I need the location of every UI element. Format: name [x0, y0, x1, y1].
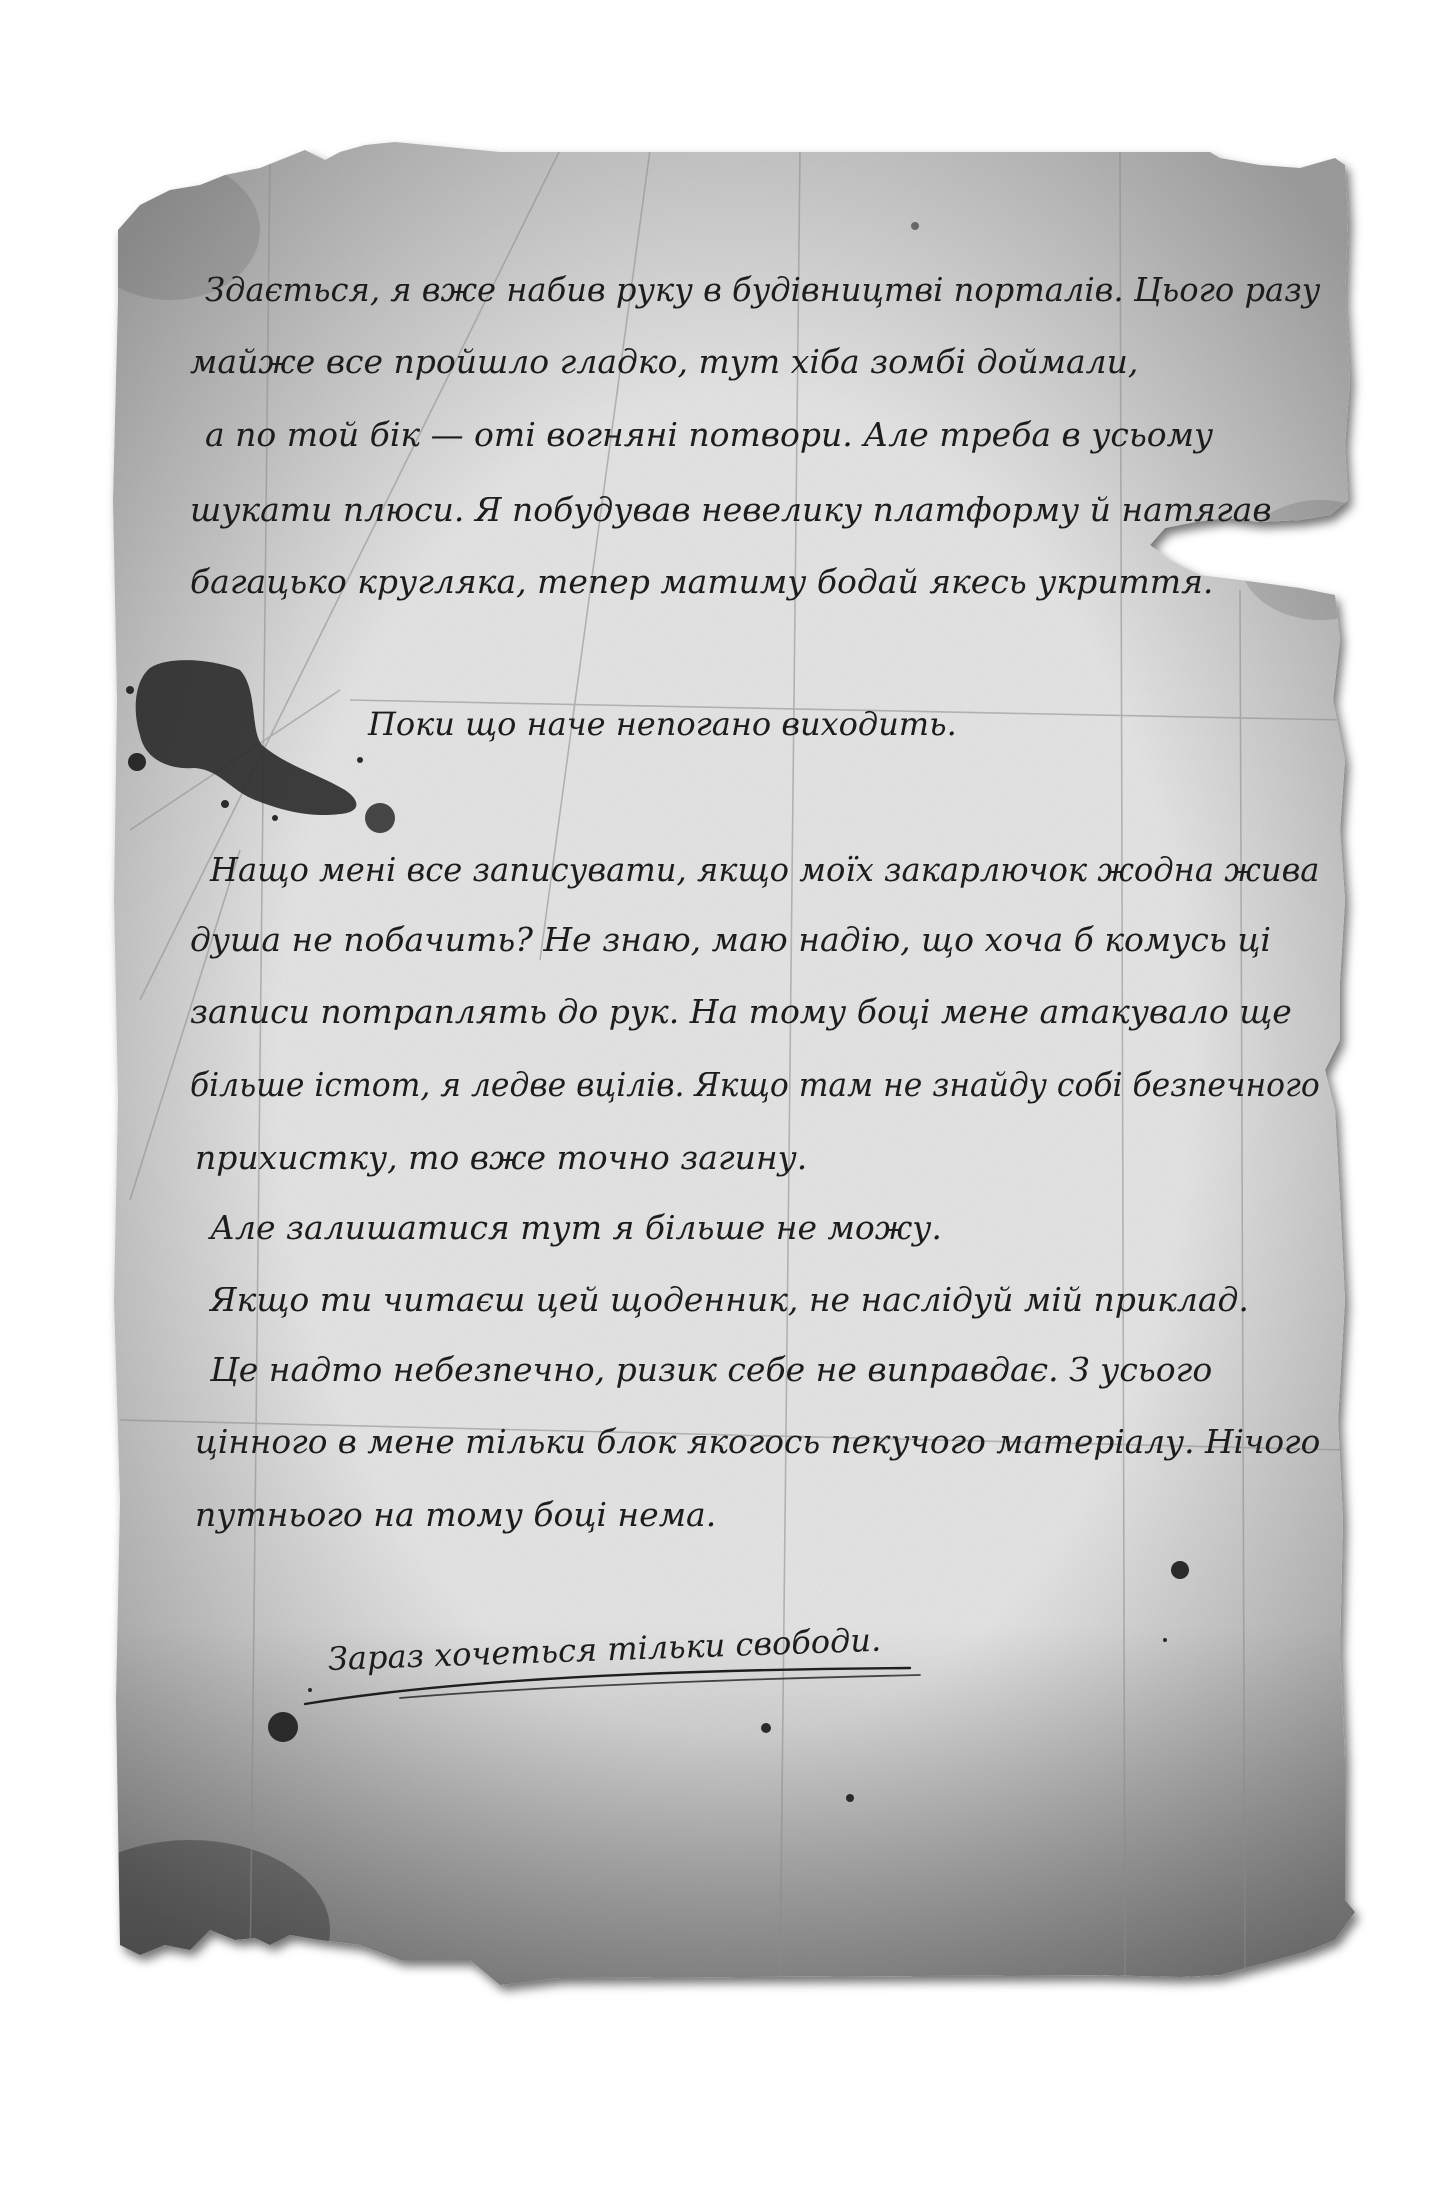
diary-line: записи потраплять до рук. На тому боці м…: [190, 992, 1292, 1031]
diary-line: Це надто небезпечно, ризик себе не випра…: [210, 1350, 1212, 1389]
diary-line: Нащо мені все записувати, якщо моїх зака…: [210, 850, 1319, 889]
side-note: Поки що наче непогано виходить.: [368, 705, 957, 743]
diary-line: Якщо ти читаєш цей щоденник, не наслідуй…: [210, 1280, 1249, 1319]
diary-line: Але залишатися тут я більше не можу.: [210, 1208, 942, 1247]
diary-line: більше істот, я ледве вцілів. Якщо там н…: [190, 1065, 1320, 1104]
diary-line: путнього на тому боці нема.: [195, 1495, 716, 1534]
diary-line: а по той бік — оті вогняні потвори. Але …: [205, 415, 1213, 454]
diary-page: Здається, я вже набив руку в будівництві…: [0, 0, 1445, 2207]
diary-line: цінного в мене тільки блок якогось пекуч…: [195, 1422, 1320, 1461]
diary-line: душа не побачить? Не знаю, маю надію, що…: [190, 920, 1271, 959]
diary-line: прихистку, то вже точно загину.: [195, 1138, 807, 1177]
diary-line: майже все пройшло гладко, тут хіба зомбі…: [190, 342, 1138, 381]
diary-line: шукати плюси. Я побудував невелику платф…: [190, 490, 1272, 529]
diary-line: багацько кругляка, тепер матиму бодай як…: [190, 562, 1213, 601]
diary-line: Здається, я вже набив руку в будівництві…: [205, 270, 1320, 309]
